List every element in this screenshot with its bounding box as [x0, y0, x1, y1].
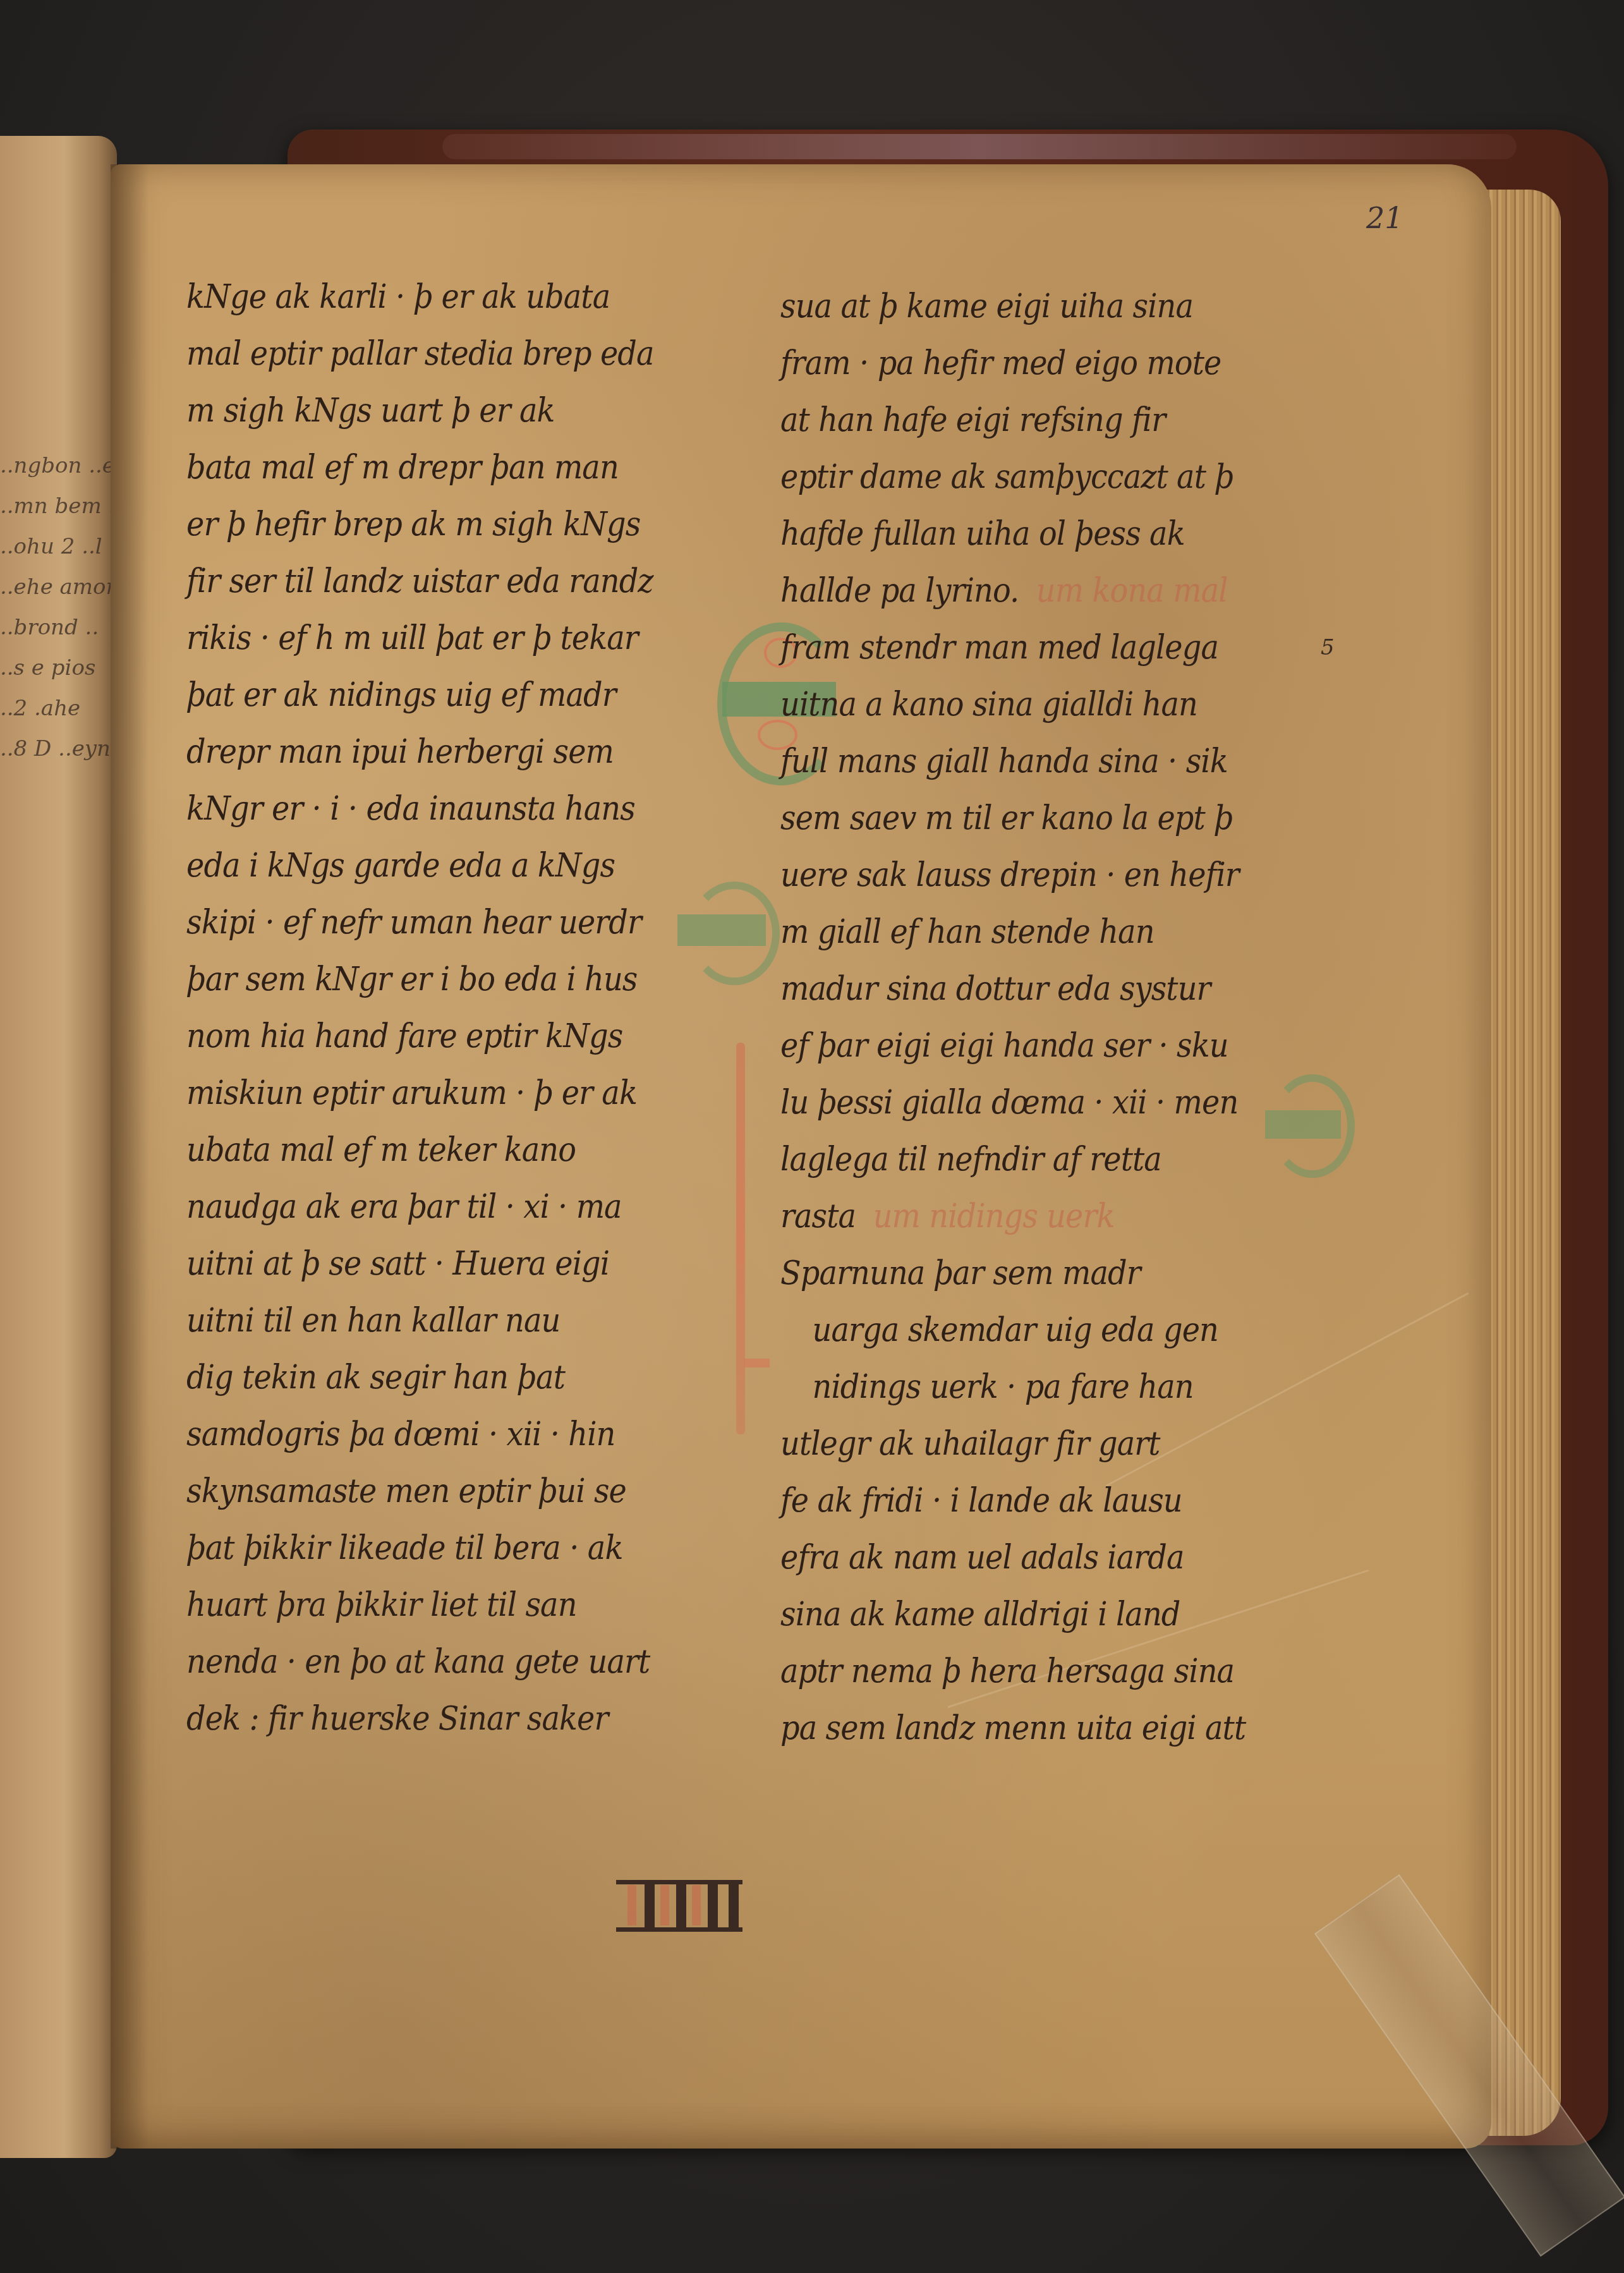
fragment-line: ..8 D ..eynd	[0, 729, 114, 769]
manuscript-line: ef þar eigi eigi handa ser · sku	[780, 1017, 1275, 1074]
manuscript-line: aptr nema þ hera hersaga sina	[780, 1643, 1275, 1700]
left-page-edge: ..ngbon ..eo..mn bem ....ohu 2 ..l..ehe …	[0, 136, 117, 2158]
manuscript-line: laglega til nefndir af retta	[780, 1131, 1275, 1188]
manuscript-line: rastaum nidings uerk	[780, 1188, 1275, 1245]
fragment-line: ..ngbon ..eo	[0, 446, 114, 486]
manuscript-line: eda i kNgs garde eda a kNgs	[186, 837, 698, 894]
manuscript-line: rikis · ef h m uill þat er þ tekar	[186, 610, 698, 667]
manuscript-line: skipi · ef nefr uman hear uerdr	[186, 894, 698, 951]
manuscript-line: uitni til en han kallar nau	[186, 1292, 698, 1349]
manuscript-line: skynsamaste men eptir þui se	[186, 1463, 698, 1520]
manuscript-line: er þ hefir brep ak m sigh kNgs	[186, 496, 698, 553]
folio-number: 21	[1366, 201, 1403, 235]
manuscript-line: fe ak fridi · i lande ak lausu	[780, 1472, 1275, 1529]
fragment-line: ..brond ..	[0, 607, 114, 648]
manuscript-line: nenda · en þo at kana gete uart	[186, 1634, 698, 1690]
manuscript-line: bata mal ef m drepr þan man	[186, 439, 698, 496]
manuscript-line: sem saev m til er kano la ept þ	[780, 790, 1275, 847]
manuscript-line: uitna a kano sina gialldi han	[780, 676, 1275, 733]
manuscript-line: utlegr ak uhailagr fir gart	[780, 1415, 1275, 1472]
text-column-left: kNge ak karli · þ er ak ubatamal eptir p…	[186, 269, 742, 1747]
manuscript-line: samdogris þa dœmi · xii · hin	[186, 1406, 698, 1463]
fragment-line: ..ohu 2 ..l	[0, 526, 114, 567]
manuscript-line: þar sem kNgr er i bo eda i hus	[186, 951, 698, 1008]
manuscript-line: pa sem landz menn uita eigi att	[780, 1700, 1275, 1757]
manuscript-line: sua at þ kame eigi uiha sina	[780, 278, 1275, 335]
manuscript-line: lu þessi gialla dœma · xii · men	[780, 1074, 1275, 1131]
manuscript-line: dig tekin ak segir han þat	[186, 1349, 698, 1406]
binding-top-edge	[442, 134, 1517, 159]
manuscript-line: sina ak kame alldrigi i land	[780, 1586, 1275, 1643]
manuscript-line-with-initial: m giall ef han stende han	[780, 904, 1275, 961]
manuscript-line: miskiun eptir arukum · þ er ak	[186, 1065, 698, 1122]
manuscript-line: at han hafe eigi refsing fir	[780, 392, 1275, 449]
manuscript-line: efra ak nam uel adals iarda	[780, 1529, 1275, 1586]
rubric: um kona mal	[1036, 572, 1228, 610]
manuscript-line: hallde pa lyrino.um kona mal	[780, 562, 1275, 619]
manuscript-line-with-initial: fram stendr man med laglega	[780, 619, 1275, 676]
fragment-line: ..ehe amor ..	[0, 567, 114, 607]
manuscript-line: mal eptir pallar stedia brep eda	[186, 325, 698, 382]
manuscript-line: full mans giall handa sina · sik	[780, 733, 1275, 790]
manuscript-line: uarga skemdar uig eda gen	[780, 1302, 1275, 1359]
manuscript-line: drepr man ipui herbergi sem	[186, 724, 698, 780]
manuscript-line: fir ser til landz uistar eda randz	[186, 553, 698, 610]
fragment-line: ..s e pios	[0, 648, 114, 688]
manuscript-line: uere sak lauss drepin · en hefir	[780, 847, 1275, 904]
manuscript-line: m sigh kNgs uart þ er ak	[186, 382, 698, 439]
manuscript-line: eptir dame ak samþyccazt at þ	[780, 449, 1275, 506]
manuscript-line: dek : fir huerske Sinar saker	[186, 1690, 698, 1747]
rubric: um nidings uerk	[873, 1197, 1115, 1235]
quire-signature: IIII	[616, 1880, 742, 1934]
manuscript-line: þat er ak nidings uig ef madr	[186, 667, 698, 724]
manuscript-line: ubata mal ef m teker kano	[186, 1122, 698, 1179]
fragment-line: ..mn bem ..	[0, 486, 114, 526]
manuscript-line: naudga ak era þar til · xi · ma	[186, 1179, 698, 1235]
manuscript-line: madur sina dottur eda systur	[780, 961, 1275, 1017]
manuscript-line: kNge ak karli · þ er ak ubata	[186, 269, 698, 325]
manuscript-line: nom hia hand fare eptir kNgs	[186, 1008, 698, 1065]
red-initial-stroke	[744, 1359, 770, 1367]
manuscript-line-with-initial: Sparnuna þar sem madr	[780, 1245, 1275, 1302]
text-column-right: sua at þ kame eigi uiha sinafram · pa he…	[780, 278, 1318, 1757]
left-page-text-fragment: ..ngbon ..eo..mn bem ....ohu 2 ..l..ehe …	[0, 446, 114, 769]
manuscript-line: hafde fullan uiha ol þess ak	[780, 506, 1275, 562]
margin-mark: 5	[1321, 635, 1335, 660]
manuscript-line: huart þra þikkir liet til san	[186, 1577, 698, 1634]
manuscript-line: þat þikkir likeade til bera · ak	[186, 1520, 698, 1577]
manuscript-line: nidings uerk · pa fare han	[780, 1359, 1275, 1415]
manuscript-line: fram · pa hefir med eigo mote	[780, 335, 1275, 392]
fragment-line: ..2 .ahe	[0, 688, 114, 729]
manuscript-line: kNgr er · i · eda inaunsta hans	[186, 780, 698, 837]
gutter-shadow	[111, 164, 148, 2149]
manuscript-line: uitni at þ se satt · Huera eigi	[186, 1235, 698, 1292]
